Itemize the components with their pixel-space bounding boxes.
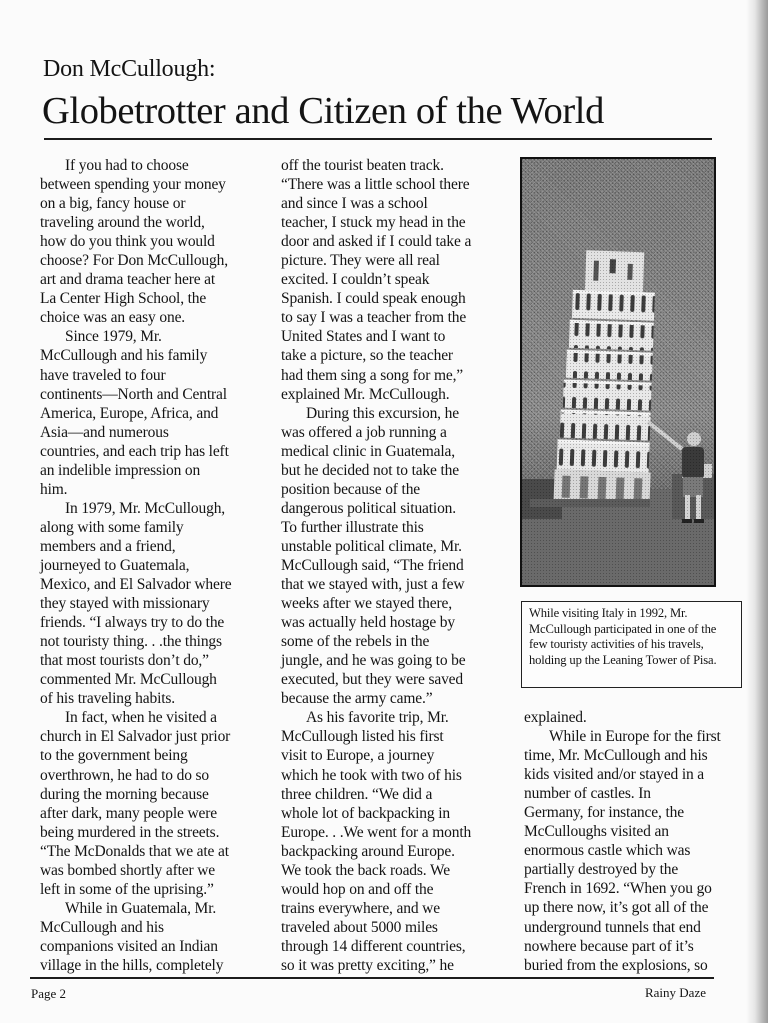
article-headline: Globetrotter and Citizen of the World [42,88,604,134]
text-line: some of the rebels in the [281,632,513,651]
text-line: companions visited an Indian [40,937,272,956]
text-line: would hop on and off the [281,880,513,899]
text-line: Since 1979, Mr. [40,327,272,346]
text-line: number of castles. In [524,784,746,803]
text-line: “There was a little school there [281,175,513,194]
leaning-tower-photo [520,157,716,587]
text-line: journeyed to Guatemala, [40,556,272,575]
text-line: partially destroyed by the [524,860,746,879]
text-line: Spanish. I could speak enough [281,289,513,308]
text-line: continents—North and Central [40,385,272,404]
text-line: art and drama teacher here at [40,270,272,289]
article-column-2: off the tourist beaten track.“There was … [281,156,513,975]
text-line: teacher, I stuck my head in the [281,213,513,232]
text-line: after dark, many people were [40,804,272,823]
text-line: so it was pretty exciting,” he [281,956,513,975]
text-line: United States and I want to [281,327,513,346]
text-line: they stayed with missionary [40,594,272,613]
text-line: traveling around the world, [40,213,272,232]
text-line: take a picture, so the teacher [281,346,513,365]
text-line: was offered a job running a [281,423,513,442]
text-line: time, Mr. McCullough and his [524,746,746,765]
text-line: position because of the [281,480,513,499]
text-line: McCullough said, “The friend [281,556,513,575]
text-line: unstable political climate, Mr. [281,537,513,556]
text-line: La Center High School, the [40,289,272,308]
text-line: America, Europe, Africa, and [40,404,272,423]
text-line: three children. “We did a [281,785,513,804]
text-line: an indelible impression on [40,461,272,480]
text-line: We took the back roads. We [281,861,513,880]
text-line: on a big, fancy house or [40,194,272,213]
tower-illustration-icon [522,159,714,585]
text-line: “The McDonalds that we ate at [40,842,272,861]
text-line: left in some of the uprising.” [40,880,272,899]
photo-caption: While visiting Italy in 1992, Mr. McCull… [521,601,742,688]
text-line: that we stayed with, just a few [281,575,513,594]
text-line: which he took with two of his [281,766,513,785]
text-line: was bombed shortly after we [40,861,272,880]
text-line: traveled about 5000 miles [281,918,513,937]
text-line: and since I was a school [281,194,513,213]
text-line: during the morning because [40,785,272,804]
text-line: not touristy thing. . .the things [40,632,272,651]
text-line: jungle, and he was going to be [281,651,513,670]
text-line: village in the hills, completely [40,956,272,975]
article-column-3: explained.While in Europe for the firstt… [524,708,746,975]
text-line: because the army came.” [281,689,513,708]
text-line: Europe. . .We went for a month [281,823,513,842]
text-line: explained Mr. McCullough. [281,385,513,404]
text-line: explained. [524,708,746,727]
text-line: to say I was a teacher from the [281,308,513,327]
text-line: While in Guatemala, Mr. [40,899,272,918]
text-line: countries, and each trip has left [40,442,272,461]
text-line: of his traveling habits. [40,689,272,708]
page-number: Page 2 [31,986,66,1002]
text-line: If you had to choose [40,156,272,175]
text-line: along with some family [40,518,272,537]
text-line: kids visited and/or stayed in a [524,765,746,784]
text-line: McCullough and his family [40,346,272,365]
text-line: between spending your money [40,175,272,194]
text-line: underground tunnels that end [524,918,746,937]
text-line: weeks after we stayed there, [281,594,513,613]
publication-name: Rainy Daze [645,985,706,1001]
text-line: executed, but they were saved [281,670,513,689]
text-line: In fact, when he visited a [40,708,272,727]
text-line: Asia—and numerous [40,423,272,442]
text-line: During this excursion, he [281,404,513,423]
text-line: choice was an easy one. [40,308,272,327]
text-line: To further illustrate this [281,518,513,537]
text-line: but he decided not to take the [281,461,513,480]
text-line: McCullough listed his first [281,727,513,746]
page-binding-shadow [746,0,768,1023]
text-line: buried from the explosions, so [524,956,746,975]
text-line: nowhere because part of it’s [524,937,746,956]
text-line: through 14 different countries, [281,937,513,956]
text-line: up there now, it’s got all of the [524,898,746,917]
text-line: excited. I couldn’t speak [281,270,513,289]
text-line: him. [40,480,272,499]
text-line: members and a friend, [40,537,272,556]
text-line: to the government being [40,746,272,765]
text-line: whole lot of backpacking in [281,804,513,823]
headline-rule [44,138,712,140]
text-line: commented Mr. McCullough [40,670,272,689]
article-kicker: Don McCullough: [43,54,215,84]
text-line: enormous castle which was [524,841,746,860]
text-line: friends. “I always try to do the [40,613,272,632]
text-line: had them sing a song for me,” [281,366,513,385]
text-line: have traveled to four [40,366,272,385]
text-line: that most tourists don’t do,” [40,651,272,670]
text-line: being murdered in the streets. [40,823,272,842]
text-line: In 1979, Mr. McCullough, [40,499,272,518]
text-line: how do you think you would [40,232,272,251]
text-line: medical clinic in Guatemala, [281,442,513,461]
text-line: French in 1692. “When you go [524,879,746,898]
text-line: door and asked if I could take a [281,232,513,251]
text-line: McCulloughs visited an [524,822,746,841]
text-line: picture. They were all real [281,251,513,270]
article-column-1: If you had to choosebetween spending you… [40,156,272,975]
text-line: overthrown, he had to do so [40,766,272,785]
text-line: As his favorite trip, Mr. [281,708,513,727]
text-line: backpacking around Europe. [281,842,513,861]
text-line: church in El Salvador just prior [40,727,272,746]
text-line: choose? For Don McCullough, [40,251,272,270]
text-line: McCullough and his [40,918,272,937]
text-line: While in Europe for the first [524,727,746,746]
text-line: was actually held hostage by [281,613,513,632]
text-line: dangerous political situation. [281,499,513,518]
text-line: visit to Europe, a journey [281,746,513,765]
text-line: Germany, for instance, the [524,803,746,822]
text-line: off the tourist beaten track. [281,156,513,175]
footer-rule [30,977,714,979]
text-line: Mexico, and El Salvador where [40,575,272,594]
text-line: trains everywhere, and we [281,899,513,918]
